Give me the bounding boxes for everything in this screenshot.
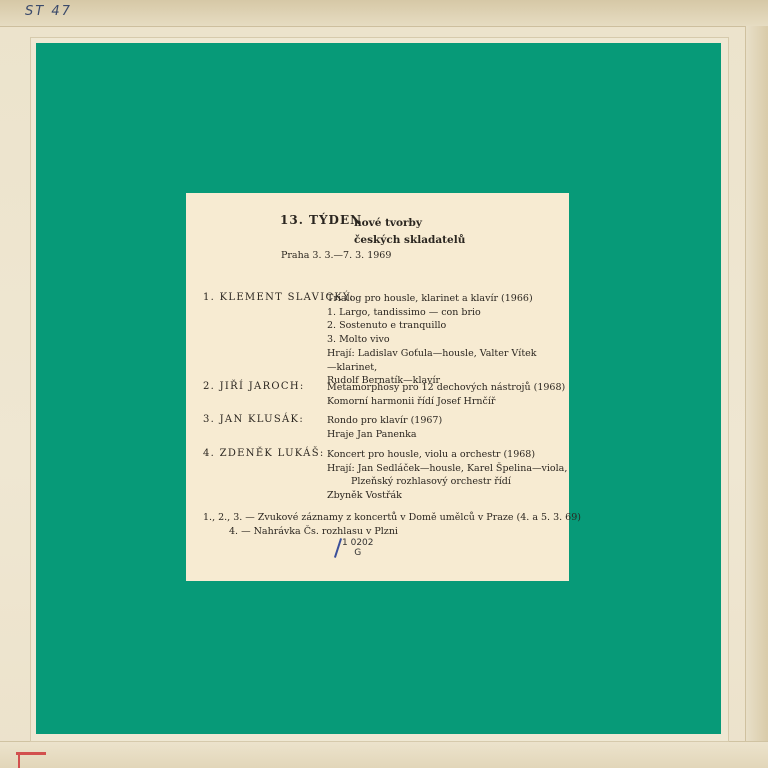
recording-notes: 1., 2., 3. — Zvukové záznamy z koncertů … xyxy=(203,511,581,538)
sleeve-right-flap xyxy=(745,26,768,768)
festival-number: 13. TÝDEN xyxy=(280,213,362,227)
recording-note: 4. — Nahrávka Čs. rozhlasu v Plzni xyxy=(203,525,581,539)
catalog-suffix: G xyxy=(342,548,374,558)
place-date: Praha 3. 3.—7. 3. 1969 xyxy=(281,250,391,261)
work-line: Komorní harmonii řídí Josef Hrnčíř xyxy=(327,395,565,409)
work-line: Zbyněk Vostřák xyxy=(327,489,567,503)
liner-notes-card: 13. TÝDEN nové tvorby českých skladatelů… xyxy=(186,193,569,581)
work-details: Metamorphosy pro 12 dechových nástrojů (… xyxy=(327,381,565,408)
work-line: Hraje Jan Panenka xyxy=(327,428,442,442)
composer-name: 3. JAN KLUSÁK: xyxy=(203,414,304,425)
festival-subtitle-line2: českých skladatelů xyxy=(354,232,465,249)
recording-note: 1., 2., 3. — Zvukové záznamy z koncertů … xyxy=(203,511,581,525)
work-line: Hrají: Jan Sedláček—housle, Karel Špelin… xyxy=(327,462,567,476)
composer-name: 2. JIŘÍ JAROCH: xyxy=(203,381,305,392)
festival-subtitle: nové tvorby českých skladatelů xyxy=(354,215,465,249)
red-pen-mark xyxy=(16,752,46,755)
work-line: 1. Largo, tandissimo — con brio xyxy=(327,306,537,320)
record-sleeve: ST 47 13. TÝDEN nové tvorby českých skla… xyxy=(0,0,768,768)
work-details: Trialog pro housle, klarinet a klavír (1… xyxy=(327,292,537,388)
catalog-number: 1 0202 G xyxy=(342,538,374,558)
composer-name: 4. ZDENĚK LUKÁŠ: xyxy=(203,448,325,459)
work-line: 2. Sostenuto e tranquillo xyxy=(327,319,537,333)
pen-slash-mark xyxy=(334,538,342,558)
work-line: 3. Molto vivo xyxy=(327,333,537,347)
work-line: Hrají: Ladislav Goťula—housle, Valter Ví… xyxy=(327,347,537,361)
sleeve-top-flap xyxy=(0,0,768,27)
work-title: Trialog pro housle, klarinet a klavír (1… xyxy=(327,292,537,306)
sleeve-bottom-flap xyxy=(0,741,768,768)
catalog-number-text: 1 0202 xyxy=(342,538,374,548)
red-pen-mark-stem xyxy=(18,752,20,768)
work-line: Plzeňský rozhlasový orchestr řídí xyxy=(327,475,567,489)
work-title: Rondo pro klavír (1967) xyxy=(327,414,442,428)
handwritten-note: ST 47 xyxy=(25,4,72,19)
festival-subtitle-line1: nové tvorby xyxy=(354,215,465,232)
work-title: Metamorphosy pro 12 dechových nástrojů (… xyxy=(327,381,565,395)
work-details: Koncert pro housle, violu a orchestr (19… xyxy=(327,448,567,503)
work-line: —klarinet, xyxy=(327,361,537,375)
work-title: Koncert pro housle, violu a orchestr (19… xyxy=(327,448,567,462)
work-details: Rondo pro klavír (1967) Hraje Jan Panenk… xyxy=(327,414,442,441)
